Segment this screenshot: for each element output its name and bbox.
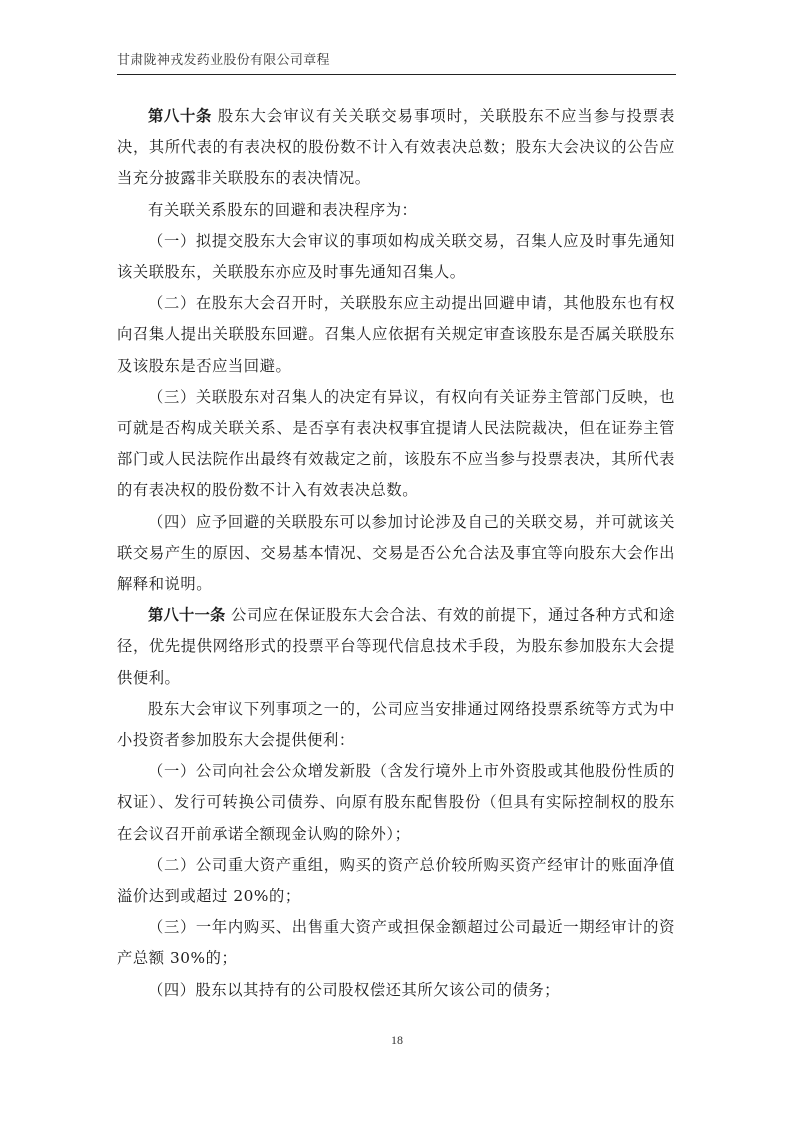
list-item: （二）公司重大资产重组，购买的资产总价较所购买资产经审计的账面净值溢价达到或超过…	[117, 850, 675, 912]
list-item: （三）一年内购买、出售重大资产或担保金额超过公司最近一期经审计的资产总额 30%…	[117, 912, 675, 974]
page-number: 18	[0, 1033, 794, 1048]
paragraph-text: （二）公司重大资产重组，购买的资产总价较所购买资产经审计的账面净值溢价达到或超过…	[117, 856, 675, 905]
paragraph: 股东大会审议下列事项之一的，公司应当安排通过网络投票系统等方式为中小投资者参加股…	[117, 694, 675, 756]
list-item: （二）在股东大会召开时，关联股东应主动提出回避申请，其他股东也有权向召集人提出关…	[117, 288, 675, 382]
paragraph-text: （一）公司向社会公众增发新股（含发行境外上市外资股或其他股份性质的权证）、发行可…	[117, 762, 675, 842]
list-item: （一）拟提交股东大会审议的事项如构成关联交易，召集人应及时事先通知该关联股东，关…	[117, 226, 675, 288]
article-81-paragraph: 第八十一条 公司应在保证股东大会合法、有效的前提下，通过各种方式和途径，优先提供…	[117, 600, 675, 694]
paragraph: 有关联关系股东的回避和表决程序为：	[117, 195, 675, 226]
page-header: 甘肃陇神戎发药业股份有限公司章程	[117, 52, 676, 75]
article-number: 第八十条	[148, 107, 212, 125]
paragraph-text: 股东大会审议下列事项之一的，公司应当安排通过网络投票系统等方式为中小投资者参加股…	[117, 700, 675, 749]
document-title: 甘肃陇神戎发药业股份有限公司章程	[117, 52, 676, 70]
list-item: （一）公司向社会公众增发新股（含发行境外上市外资股或其他股份性质的权证）、发行可…	[117, 756, 675, 850]
article-number: 第八十一条	[148, 606, 226, 624]
paragraph-text: （三）一年内购买、出售重大资产或担保金额超过公司最近一期经审计的资产总额 30%…	[117, 918, 675, 967]
list-item: （四）应予回避的关联股东可以参加讨论涉及自己的关联交易，并可就该关联交易产生的原…	[117, 507, 675, 601]
list-item: （三）关联股东对召集人的决定有异议，有权向有关证券主管部门反映，也可就是否构成关…	[117, 382, 675, 507]
paragraph-text: （二）在股东大会召开时，关联股东应主动提出回避申请，其他股东也有权向召集人提出关…	[117, 294, 675, 374]
paragraph-text: （一）拟提交股东大会审议的事项如构成关联交易，召集人应及时事先通知该关联股东，关…	[117, 232, 675, 281]
article-80-paragraph: 第八十条 股东大会审议有关关联交易事项时，关联股东不应当参与投票表决，其所代表的…	[117, 101, 675, 195]
document-body: 第八十条 股东大会审议有关关联交易事项时，关联股东不应当参与投票表决，其所代表的…	[117, 101, 675, 1006]
paragraph-text: （三）关联股东对召集人的决定有异议，有权向有关证券主管部门反映，也可就是否构成关…	[117, 388, 675, 500]
paragraph-text: （四）股东以其持有的公司股权偿还其所欠该公司的债务；	[148, 981, 560, 999]
paragraph-text: （四）应予回避的关联股东可以参加讨论涉及自己的关联交易，并可就该关联交易产生的原…	[117, 513, 675, 593]
list-item: （四）股东以其持有的公司股权偿还其所欠该公司的债务；	[117, 975, 675, 1006]
paragraph-text: 有关联关系股东的回避和表决程序为：	[148, 201, 417, 219]
